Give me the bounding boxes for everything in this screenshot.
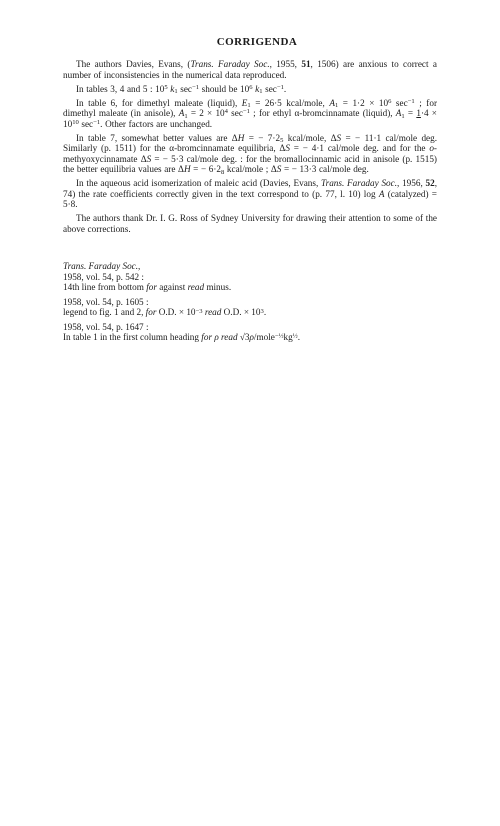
page-title: CORRIGENDA (77, 36, 437, 48)
paragraph-tables-3-4-5: In tables 3, 4 and 5 : 105 k1 sec−1 shou… (63, 84, 437, 95)
erratum-ref: 1958, vol. 54, p. 542 : (63, 272, 437, 283)
erratum-item-p1647: 1958, vol. 54, p. 1647 : In table 1 in t… (63, 322, 437, 343)
paragraph-maleic-acid: In the aqueous acid isomerization of mal… (63, 178, 437, 210)
erratum-ref: 1958, vol. 54, p. 1647 : (63, 322, 437, 333)
corrigenda-body: The authors Davies, Evans, (Trans. Farad… (63, 59, 437, 234)
journal-reference: Trans. Faraday Soc., (63, 261, 437, 272)
erratum-correction: In table 1 in the first column heading f… (63, 332, 437, 343)
paragraph-opening: The authors Davies, Evans, (Trans. Farad… (63, 59, 437, 80)
corrigenda-page: CORRIGENDA The authors Davies, Evans, (T… (0, 0, 500, 826)
erratum-correction: 14th line from bottom for against read m… (63, 282, 437, 293)
errata-list: Trans. Faraday Soc., 1958, vol. 54, p. 5… (63, 261, 437, 343)
erratum-item-p1605: 1958, vol. 54, p. 1605 : legend to fig. … (63, 297, 437, 318)
paragraph-table-7: In table 7, somewhat better values are Δ… (63, 133, 437, 175)
paragraph-acknowledgement: The authors thank Dr. I. G. Ross of Sydn… (63, 213, 437, 234)
erratum-ref: 1958, vol. 54, p. 1605 : (63, 297, 437, 308)
text-column: CORRIGENDA The authors Davies, Evans, (T… (63, 36, 437, 346)
paragraph-table-6: In table 6, for dimethyl maleate (liquid… (63, 98, 437, 130)
erratum-item-p542: 1958, vol. 54, p. 542 : 14th line from b… (63, 272, 437, 293)
erratum-correction: legend to fig. 1 and 2, for O.D. × 10−3 … (63, 307, 437, 318)
